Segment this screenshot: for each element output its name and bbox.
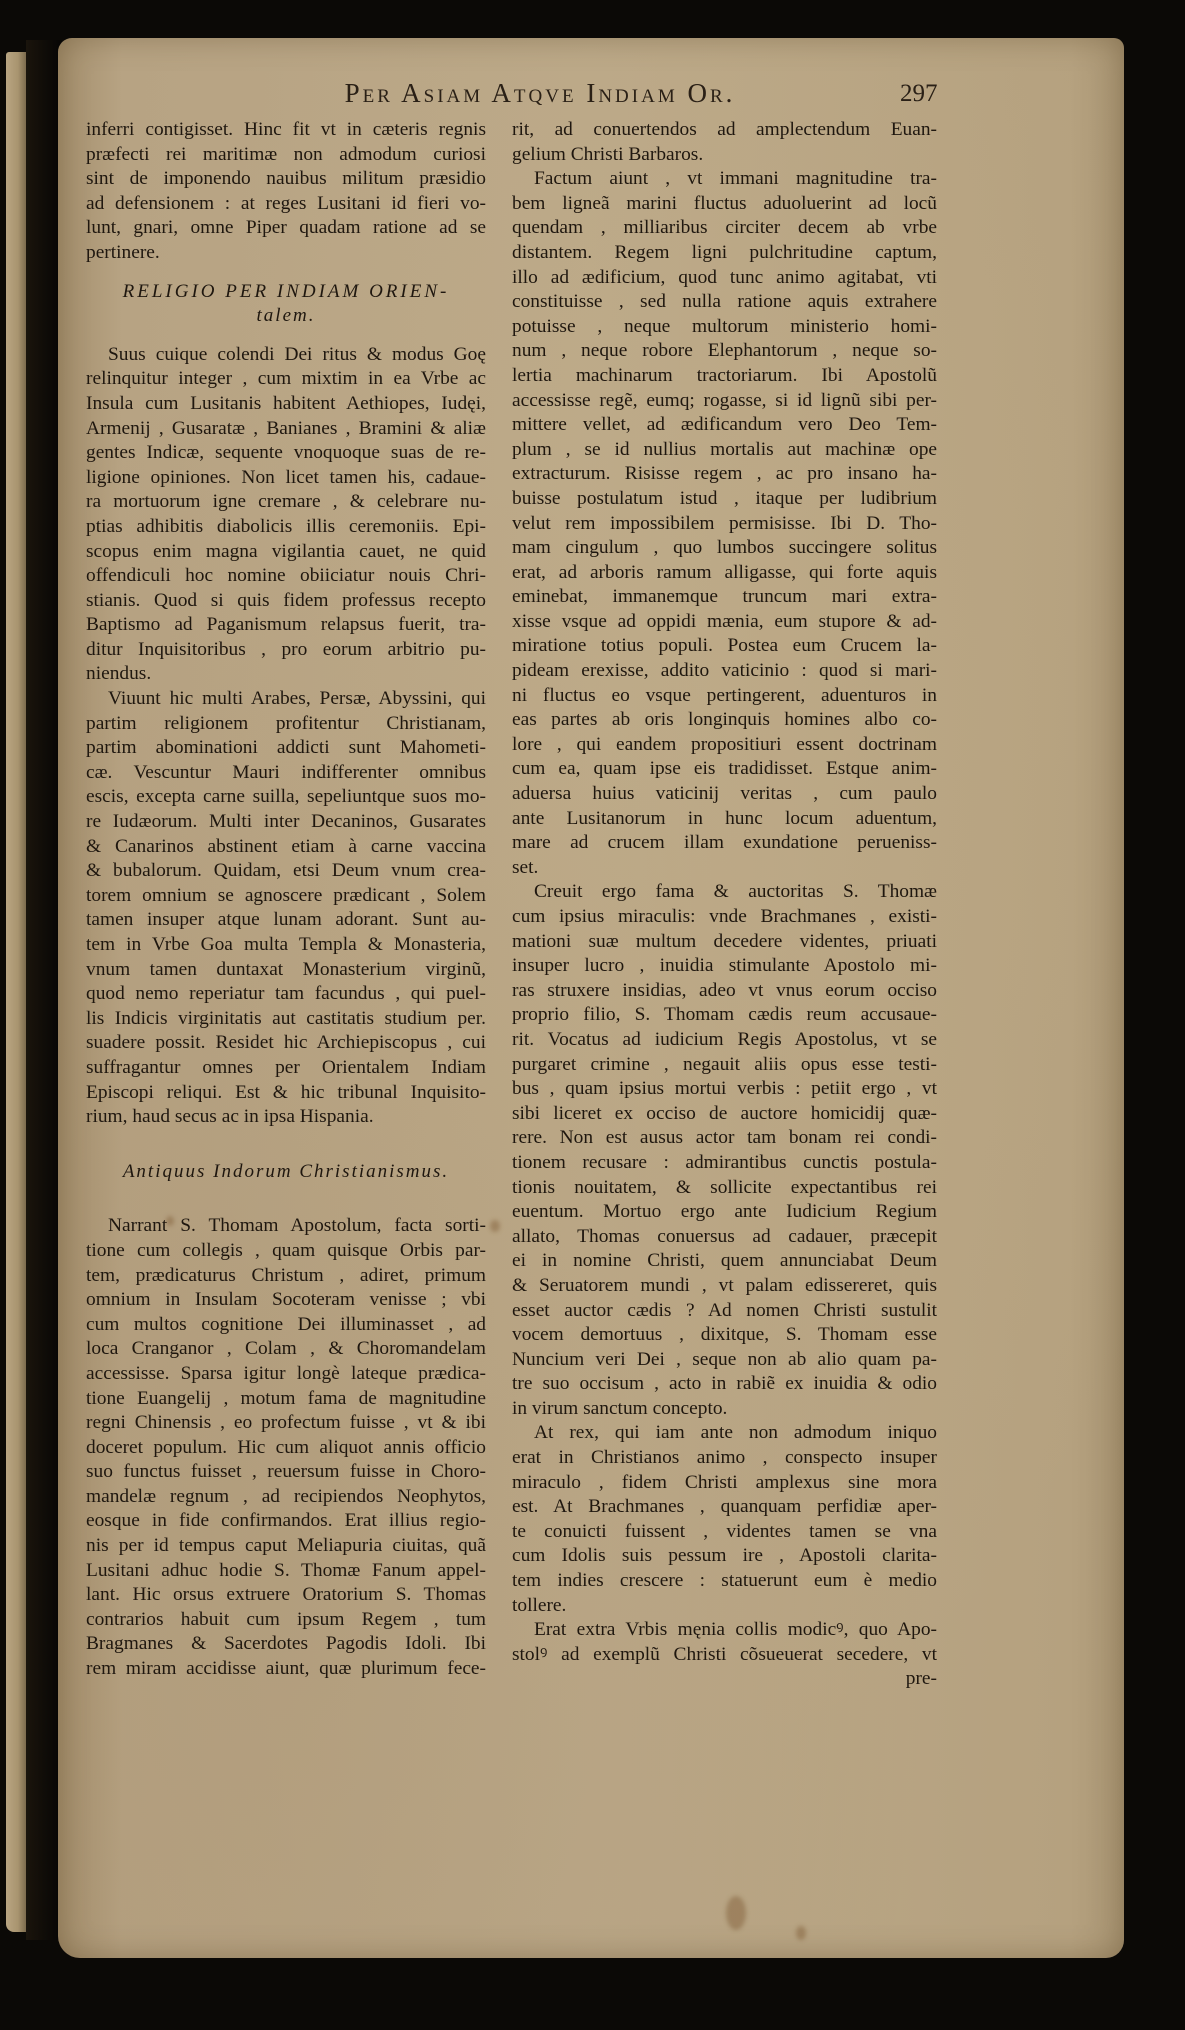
text-line: constituisse , sed nulla ratione aquis e… [512, 290, 937, 315]
text-line: bus , quam ipsius mortui verbis : petiit… [512, 1077, 937, 1102]
text-line: Viuunt hic multi Arabes, Persæ, Abyssini… [86, 687, 486, 712]
text-line: rere. Non est ausus actor tam bonam rei … [512, 1126, 937, 1151]
text-line: Episcopi reliqui. Est & hic tribunal Inq… [86, 1081, 486, 1106]
paragraph: Suus cuique colendi Dei ritus & modus Go… [86, 343, 486, 687]
text-line: & Canarinos abstinent etiam à carne vacc… [86, 835, 486, 860]
text-line: cæ. Vescuntur Mauri indifferenter omnibu… [86, 761, 486, 786]
text-line: lertia machinarum tractoriarum. Ibi Apos… [512, 364, 937, 389]
text-line: quod nemo reperiatur tam facundus , qui … [86, 982, 486, 1007]
section-heading: Antiquus Indorum Christianismus. [86, 1160, 486, 1185]
text-line: vocem demortuus , dixitque, S. Thomam es… [512, 1323, 937, 1348]
gutter-shadow [26, 40, 62, 1940]
text-line: lunt, gnari, omne Piper quadam ratione a… [86, 216, 486, 241]
text-line: pideam erexisse, addito vaticinio : quod… [512, 659, 937, 684]
foxing-stain [796, 1926, 806, 1940]
text-line: contrarios habuit cum ipsum Regem , tum [86, 1608, 486, 1633]
text-line: mandelæ regnum , ad recipiendos Neophyto… [86, 1485, 486, 1510]
text-line: ad defensionem : at reges Lusitani id fi… [86, 192, 486, 217]
catchword: pre- [512, 1667, 937, 1692]
text-line: præfecti rei maritimæ non admodum curios… [86, 143, 486, 168]
text-line: proprio filio, S. Thomam cædis reum accu… [512, 1003, 937, 1028]
text-line: cum multos cognitione Dei illuminasset ,… [86, 1313, 486, 1338]
text-line: Factum aiunt , vt immani magnitudine tra… [512, 167, 937, 192]
text-line: partim religionem profitentur Christiana… [86, 712, 486, 737]
text-line: illo ad ædificium, quod tunc animo agita… [512, 266, 937, 291]
text-line: purgaret crimine , negauit aliis opus es… [512, 1053, 937, 1078]
text-line: erat in Christianos animo , conspecto in… [512, 1446, 937, 1471]
text-line: Erat extra Vrbis męnia collis modicꝰ, qu… [512, 1618, 937, 1643]
text-line: plum , se id nullius mortalis aut machin… [512, 438, 937, 463]
text-line: mationi suæ multum decedere videntes, pr… [512, 930, 937, 955]
paragraph: Factum aiunt , vt immani magnitudine tra… [512, 167, 937, 880]
foxing-stain [490, 1220, 500, 1232]
text-line: potuisse , neque multorum ministerio hom… [512, 315, 937, 340]
text-line: erat, ad arboris ramum alligasse, qui fo… [512, 561, 937, 586]
text-line: ei in nomine Christi, quem annunciabat D… [512, 1249, 937, 1274]
text-line: accessisse. Sparsa igitur longè lateque … [86, 1362, 486, 1387]
text-line: num , neque robore Elephantorum , neque … [512, 339, 937, 364]
text-line: tionis nouitatem, & sollicite expectanti… [512, 1176, 937, 1201]
text-line: re Iudæorum. Multi inter Decaninos, Gusa… [86, 810, 486, 835]
text-line: rium, haud secus ac in ipsa Hispania. [86, 1105, 486, 1130]
text-line: nis per id tempus caput Meliapuria ciuit… [86, 1534, 486, 1559]
text-line: mare ad crucem illam exundatione perueni… [512, 831, 937, 856]
paragraph: inferri contigisset. Hinc fit vt in cæte… [86, 118, 486, 266]
text-line: doceret populum. Hic cum aliquot annis o… [86, 1436, 486, 1461]
text-line: suffragantur omnes per Orientalem Indiam [86, 1056, 486, 1081]
text-line: euentum. Mortuo ergo ante Iudicium Regiu… [512, 1200, 937, 1225]
text-line: Bragmanes & Sacerdotes Pagodis Idoli. Ib… [86, 1632, 486, 1657]
text-line: Lusitani adhuc hodie S. Thomæ Fanum appe… [86, 1559, 486, 1584]
text-line: relinquitur integer , cum mixtim in ea V… [86, 367, 486, 392]
text-line: mam cingulum , quo lumbos succingere sol… [512, 536, 937, 561]
text-line: omnium in Insulam Socoteram venisse ; vb… [86, 1288, 486, 1313]
text-line: gelium Christi Barbaros. [512, 143, 937, 168]
text-line: tollere. [512, 1594, 937, 1619]
text-line: suadere possit. Residet hic Archiepiscop… [86, 1031, 486, 1056]
paragraph: Erat extra Vrbis męnia collis modicꝰ, qu… [512, 1618, 937, 1667]
text-line: Armenij , Gusaratæ , Banianes , Bramini … [86, 417, 486, 442]
text-line: ptias adhibitis diabolicis illis ceremon… [86, 515, 486, 540]
text-line: tione cum collegis , quam quisque Orbis … [86, 1239, 486, 1264]
text-line: loca Cranganor , Colam , & Choromandelam [86, 1337, 486, 1362]
text-line: miraculo , fidem Christi amplexus sine m… [512, 1471, 937, 1496]
text-line: accessisse regẽ, eumq; rogasse, si id li… [512, 389, 937, 414]
text-line: vnum tamen duntaxat Monasterium virginũ, [86, 958, 486, 983]
left-column: inferri contigisset. Hinc fit vt in cæte… [86, 118, 486, 1682]
right-column: rit, ad conuertendos ad amplectendum Eua… [512, 118, 937, 1692]
paragraph: Viuunt hic multi Arabes, Persæ, Abyssini… [86, 687, 486, 1130]
text-line: buisse postulatum istud , itaque per lud… [512, 487, 937, 512]
text-line: aduersa huius vaticinij veritas , cum pa… [512, 782, 937, 807]
text-line: pertinere. [86, 241, 486, 266]
text-line: quendam , milliaribus circiter decem ab … [512, 216, 937, 241]
text-line: eosque in fide confirmandos. Erat illius… [86, 1509, 486, 1534]
text-line: rit. Vocatus ad iudicium Regis Apostolus… [512, 1028, 937, 1053]
text-line: tione Euangelij , motum fama de magnitud… [86, 1387, 486, 1412]
text-line: inferri contigisset. Hinc fit vt in cæte… [86, 118, 486, 143]
text-line: miratione totius populi. Postea eum Cruc… [512, 634, 937, 659]
text-line: insuper lucro , inuidia stimulante Apost… [512, 954, 937, 979]
section-heading-continuation: talem. [86, 304, 486, 329]
text-line: partim abominationi addicti sunt Mahomet… [86, 736, 486, 761]
text-line: lant. Hic orsus extruere Oratorium S. Th… [86, 1583, 486, 1608]
text-line: offendiculi hoc nomine obiiciatur nouis … [86, 564, 486, 589]
section-heading: RELIGIO PER INDIAM ORIEN- [86, 280, 486, 305]
text-line: velut rem impossibilem permisisse. Ibi D… [512, 512, 937, 537]
text-line: stianis. Quod si quis fidem professus re… [86, 589, 486, 614]
text-line: At rex, qui iam ante non admodum iniquo [512, 1421, 937, 1446]
text-line: allato, Thomas conuersus ad cadauer, præ… [512, 1225, 937, 1250]
previous-page-edge [6, 52, 26, 1932]
text-line: Insula cum Lusitanis habitent Aethiopes,… [86, 392, 486, 417]
text-line: set. [512, 856, 937, 881]
text-line: ni fluctus eo vsque pertingerent, aduent… [512, 684, 937, 709]
text-line: ditur Inquisitoribus , pro eorum arbitri… [86, 638, 486, 663]
text-line: gentes Indicæ, sequente vnoquoque suas d… [86, 441, 486, 466]
text-line: lore , qui eandem propositiuri essent do… [512, 733, 937, 758]
text-line: mittere vellet, ad ædificandum vero Deo … [512, 413, 937, 438]
text-line: eas partes ab oris longinquis homines al… [512, 708, 937, 733]
text-line: tem, prædicaturus Christum , adiret, pri… [86, 1264, 486, 1289]
text-line: regni Chinensis , eo profectum fuisse , … [86, 1411, 486, 1436]
text-line: extracturum. Risisse regem , ac pro insa… [512, 462, 937, 487]
text-line: ras struxere insidias, adeo vt vnus eoru… [512, 979, 937, 1004]
text-line: tionem recusare : admirantibus cunctis p… [512, 1151, 937, 1176]
text-line: sibi liceret ex occiso de auctore homici… [512, 1102, 937, 1127]
text-line: stolꝰ ad exemplũ Christi cõsueuerat sece… [512, 1643, 937, 1668]
text-line: sint de imponendo nauibus militum præsid… [86, 167, 486, 192]
text-line: ante Lusitanorum in hunc locum aduentum, [512, 807, 937, 832]
text-line: ra mortuorum igne cremare , & celebrare … [86, 490, 486, 515]
paragraph: rit, ad conuertendos ad amplectendum Eua… [512, 118, 937, 167]
text-line: rit, ad conuertendos ad amplectendum Eua… [512, 118, 937, 143]
text-line: eminebat, immanemque truncum mari extra- [512, 585, 937, 610]
text-line: Nuncium veri Dei , seque non ab alio qua… [512, 1348, 937, 1373]
text-line: Narrant S. Thomam Apostolum, facta sorti… [86, 1214, 486, 1239]
text-line: Creuit ergo fama & auctoritas S. Thomæ [512, 880, 937, 905]
text-line: Baptismo ad Paganismum relapsus fuerit, … [86, 613, 486, 638]
text-line: tamen insuper atque lunam adorant. Sunt … [86, 908, 486, 933]
text-line: suo functus fuisset , reuersum fuisse in… [86, 1460, 486, 1485]
text-line: cum ipsius miraculis: vnde Brachmanes , … [512, 905, 937, 930]
text-line: rem miram accidisse aiunt, quæ plurimum … [86, 1657, 486, 1682]
text-line: tem indies crescere : statuerunt eum è m… [512, 1569, 937, 1594]
page-number: 297 [900, 80, 938, 108]
text-line: & Seruatorem mundi , vt palam edisserere… [512, 1274, 937, 1299]
text-line: niendus. [86, 662, 486, 687]
text-line: torem omnium se agnoscere prædicant , So… [86, 884, 486, 909]
text-line: cum ea, quam ipse eis tradidisset. Estqu… [512, 757, 937, 782]
paragraph: Creuit ergo fama & auctoritas S. Thomæ c… [512, 880, 937, 1421]
text-line: escis, excepta carne suilla, sepeliuntqu… [86, 785, 486, 810]
paragraph: Narrant S. Thomam Apostolum, facta sorti… [86, 1214, 486, 1681]
text-line: in virum sanctum concepto. [512, 1397, 937, 1422]
text-line: cum Idolis suis pessum ire , Apostoli cl… [512, 1544, 937, 1569]
text-line: esset auctor cædis ? Ad nomen Christi su… [512, 1299, 937, 1324]
text-line: tre suo occisum , acto in rabiẽ ex inuid… [512, 1372, 937, 1397]
text-line: bem ligneã marini fluctus aduoluerint ad… [512, 192, 937, 217]
text-line: lis Indicis virginitatis aut castitatis … [86, 1007, 486, 1032]
running-head: Per Asiam Atqve Indiam Or. [170, 78, 910, 109]
text-line: scopus enim magna vigilantia cauet, ne q… [86, 540, 486, 565]
foxing-stain [726, 1896, 746, 1930]
text-line: est. At Brachmanes , quanquam perfidiæ a… [512, 1495, 937, 1520]
paragraph: At rex, qui iam ante non admodum iniquo … [512, 1421, 937, 1618]
text-line: & bubalorum. Quidam, etsi Deum vnum crea… [86, 859, 486, 884]
text-line: tem in Vrbe Goa multa Templa & Monasteri… [86, 933, 486, 958]
text-line: distantem. Regem ligni pulchritudine cap… [512, 241, 937, 266]
text-line: te conuicti fuissent , videntes tamen se… [512, 1520, 937, 1545]
text-line: xisse vsque ad oppidi mænia, eum stupore… [512, 610, 937, 635]
text-line: ligione opiniones. Non licet tamen his, … [86, 466, 486, 491]
text-line: Suus cuique colendi Dei ritus & modus Go… [86, 343, 486, 368]
